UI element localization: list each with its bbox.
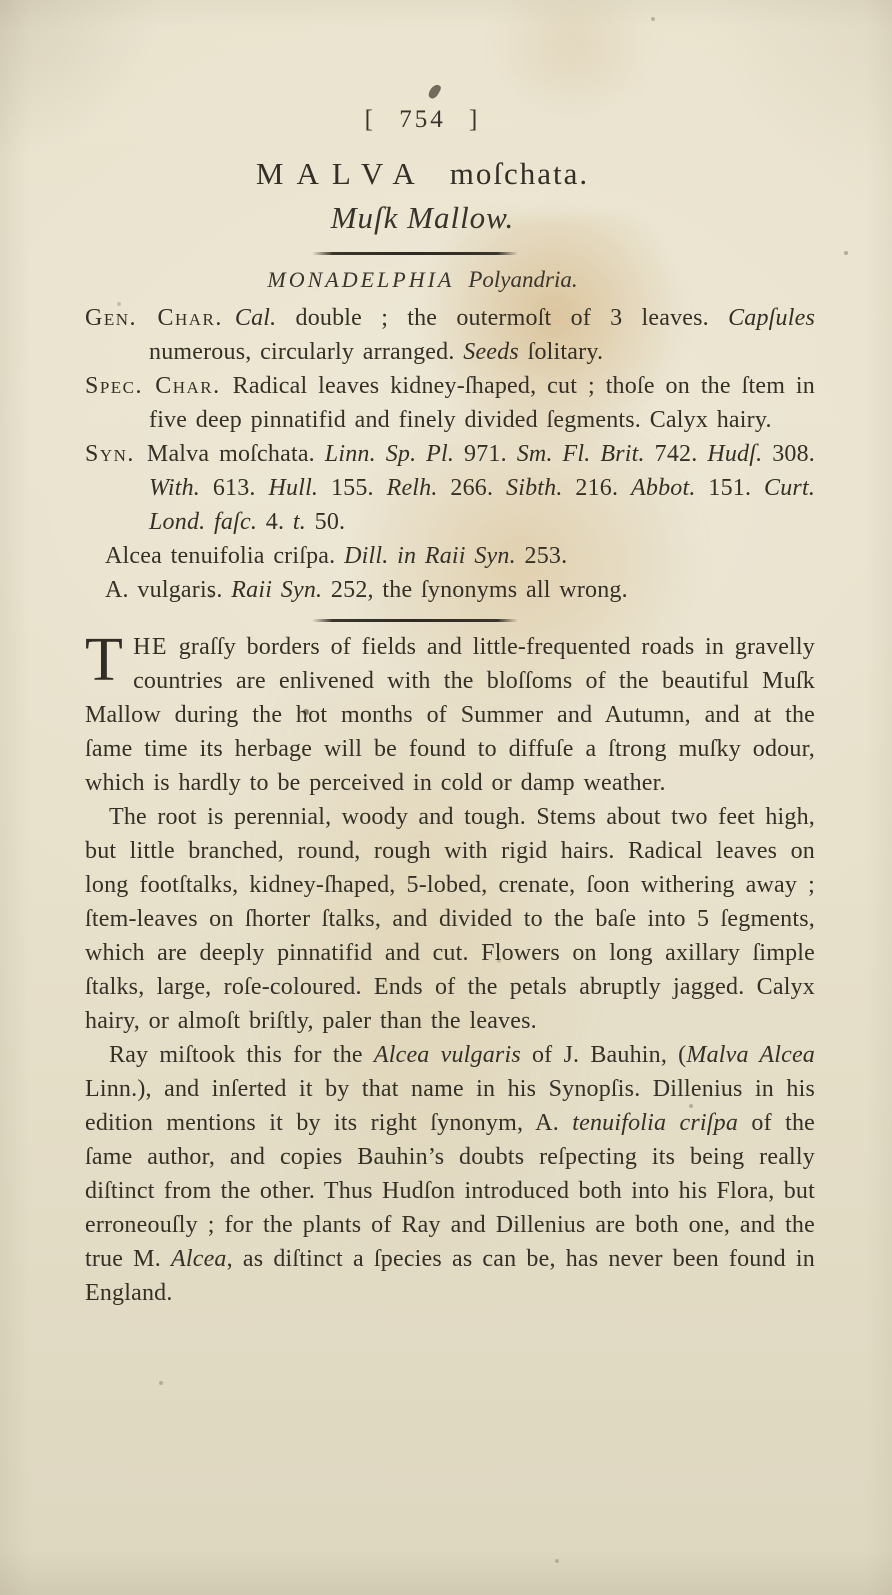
body-text-2: The root is perennial, woody and tough. … [85,804,815,1034]
generic-character-paragraph: Gen. Char.Cal. double ; the outermoſt of… [85,301,815,369]
alcea-num: 253. [516,543,568,569]
syn-num-4: 613. [200,475,268,501]
divider-top [312,252,518,255]
alcea-ref: Dill. in Raii Syn. [344,543,516,569]
syn-num-5: 155. [318,475,386,501]
paper-specks [0,0,2,2]
body-paragraph-3: Ray miſtook this for the Alcea vulgaris … [85,1038,815,1310]
body3-italic-alcea: Alcea [171,1246,227,1272]
body3-italic-tenuifolia: tenuifolia criſpa [572,1110,738,1136]
specific-character-paragraph: Spec. Char.Radical leaves kidney-ſhaped,… [85,369,815,437]
class-order-line: MONADELPHIAPolyandria. [85,267,815,293]
body-paragraph-1: THE graſſy borders of fields and little-… [85,630,815,800]
spec-char-text: Radical leaves kidney-ſhaped, cut ; thoſ… [149,373,815,433]
vulgaris-ref: Raii Syn. [231,577,322,603]
synonyms-paragraph: Syn.Malva moſchata. Linn. Sp. Pl. 971. S… [85,437,815,539]
syn-ref-sm: Sm. Fl. Brit. [517,441,645,467]
genus-name: MALVA [256,156,428,191]
divider-body [312,619,518,622]
drop-cap: T [85,630,133,686]
syn-ref-huds: Hudſ. [707,441,762,467]
page-number: [ 754 ] [85,106,815,134]
syn-ref-sibth: Sibth. [506,475,563,501]
syn-num-10: 50. [306,509,345,535]
syn-ref-linn: Linn. Sp. Pl. [325,441,454,467]
gen-char-cal: Cal. [235,305,276,331]
alcea-synonym-line: Alcea tenuifolia criſpa. Dill. in Raii S… [85,539,815,573]
vulgaris-synonym-line: A. vulgaris. Raii Syn. 252, the ſynonyms… [85,573,815,607]
body3-italic-alcea-vulgaris: Alcea vulgaris [374,1042,521,1068]
body-text-1: graſſy borders of fields and little-freq… [85,634,815,796]
scanned-book-page: [ 754 ] MALVAmoſchata. Muſk Mallow. MONA… [0,0,892,1595]
alcea-name: Alcea tenuifolia criſpa. [105,543,344,569]
syn-num-2: 742. [645,441,708,467]
syn-num-8: 151. [696,475,764,501]
common-name: Muſk Mallow. [85,200,815,236]
species-epithet: moſchata. [450,156,589,191]
syn-num-9: 4. [257,509,293,535]
gen-char-text-3: ſolitary. [519,339,603,365]
syn-num-7: 216. [563,475,631,501]
syn-num-6: 266. [438,475,506,501]
lead-caps: HE [133,634,168,660]
syn-ref-t: t. [293,509,306,535]
gen-char-text-2: numerous, circularly arranged. [149,339,463,365]
syn-ref-relh: Relh. [387,475,438,501]
syn-ref-with: With. [149,475,200,501]
vulgaris-name: A. vulgaris. [105,577,231,603]
spec-char-label: Spec. Char. [85,373,221,399]
gen-char-seeds: Seeds [463,339,519,365]
gen-char-label: Gen. Char. [85,305,223,331]
body-paragraph-2: The root is perennial, woody and tough. … [85,800,815,1038]
syn-ref-hull: Hull. [268,475,318,501]
species-title: MALVAmoſchata. [85,156,815,192]
page-number-text: [ 754 ] [365,106,481,133]
body3-text-1: of J. Bauhin, ( [521,1042,687,1068]
linnaean-order: Polyandria. [468,267,577,292]
syn-num-3: 308. [762,441,815,467]
syn-label: Syn. [85,441,135,467]
body3-italic-malva-alcea: Malva Alcea [686,1042,815,1068]
body3-text-0: Ray miſtook this for the [109,1042,374,1068]
syn-ref-abbot: Abbot. [631,475,696,501]
gen-char-text-1: double ; the outermoſt of 3 leaves. [276,305,728,331]
vulgaris-note: 252, the ſynonyms all wrong. [322,577,628,603]
gen-char-capsules: Capſules [728,305,815,331]
syn-num-1: 971. [454,441,517,467]
syn-name: Malva moſchata. [147,441,325,467]
page-content: [ 754 ] MALVAmoſchata. Muſk Mallow. MONA… [85,0,815,1310]
linnaean-class: MONADELPHIA [267,267,454,292]
